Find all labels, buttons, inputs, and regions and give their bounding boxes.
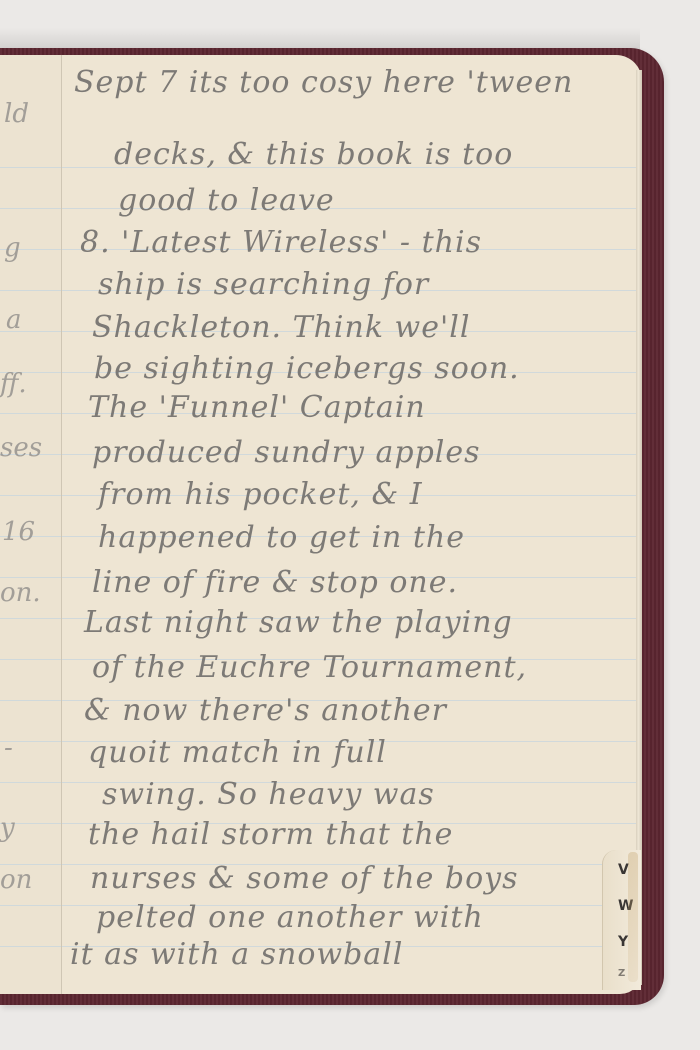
handwritten-line: Sept 7 its too cosy here 'tween (74, 65, 573, 100)
handwritten-line: pelted one another with (96, 900, 484, 935)
ruled-line (0, 495, 62, 496)
ruled-line (0, 618, 62, 619)
handwritten-line: ship is searching for (98, 267, 429, 302)
handwritten-line: The 'Funnel' Captain (88, 390, 426, 425)
handwritten-line: good to leave (118, 183, 335, 218)
left-page-fragment: - (4, 733, 13, 763)
ruled-line (0, 700, 62, 701)
left-page-fragment: ld (4, 99, 29, 129)
handwritten-line: happened to get in the (98, 520, 465, 555)
handwritten-line: nurses & some of the boys (90, 861, 518, 896)
right-page: Sept 7 its too cosy here 'tween decks, &… (62, 55, 642, 994)
ruled-line (0, 290, 62, 291)
handwritten-line: quoit match in full (88, 735, 387, 770)
handwritten-line: line of fire & stop one. (92, 565, 458, 600)
left-page-fragment: on. (0, 578, 41, 608)
left-page-fragment: on (0, 865, 32, 895)
handwritten-line: 8. 'Latest Wireless' - this (80, 225, 482, 260)
handwritten-line: swing. So heavy was (102, 777, 435, 812)
handwritten-line: from his pocket, & I (98, 477, 423, 512)
handwritten-line: produced sundry apples (92, 435, 481, 470)
handwritten-line: be sighting icebergs soon. (94, 351, 520, 386)
left-page-fragment: ff. (0, 369, 27, 399)
ruled-line (0, 208, 62, 209)
ruled-line (0, 659, 62, 660)
left-page: ld g a ff. ses 16 on. - y on (0, 55, 62, 994)
ruled-line (0, 413, 62, 414)
handwritten-line: & now there's another (84, 693, 447, 728)
page-stain (628, 852, 638, 982)
handwritten-line: Shackleton. Think we'll (92, 310, 470, 345)
page-edges (636, 70, 642, 985)
ruled-line (0, 946, 62, 947)
index-tab-z[interactable]: Z (618, 968, 625, 979)
handwritten-line: it as with a snowball (70, 937, 403, 972)
handwritten-line: Last night saw the playing (84, 605, 513, 640)
handwritten-line: decks, & this book is too (114, 137, 513, 172)
handwritten-line: the hail storm that the (88, 817, 453, 852)
ruled-line (0, 782, 62, 783)
left-page-fragment: g (4, 233, 21, 263)
left-page-fragment: a (6, 305, 22, 335)
ruled-line (0, 905, 62, 906)
left-page-fragment: y (0, 813, 15, 843)
left-page-fragment: ses (0, 433, 42, 463)
handwritten-line: of the Euchre Tournament, (92, 650, 527, 685)
ruled-line (0, 167, 62, 168)
left-page-fragment: 16 (2, 517, 35, 547)
index-tab-y[interactable]: Y (618, 934, 628, 950)
